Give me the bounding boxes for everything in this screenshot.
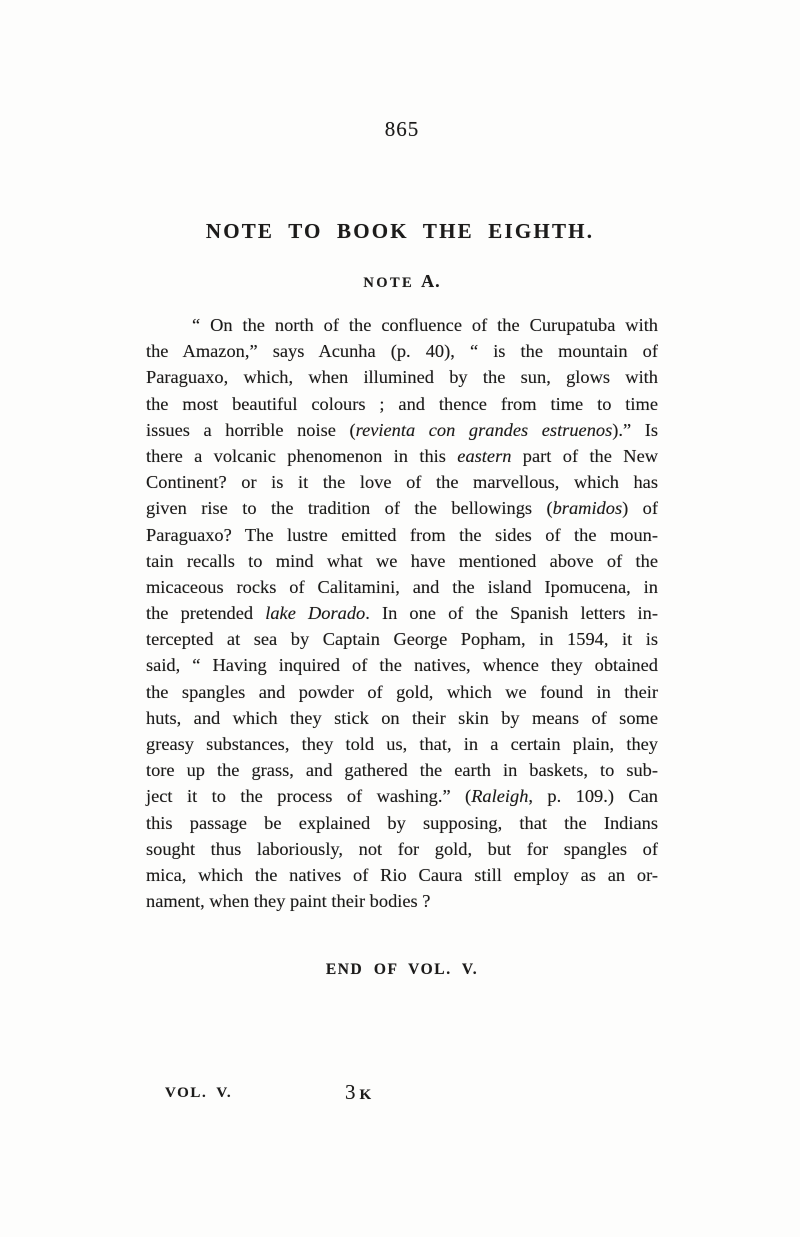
printers-signature-mark: 3K — [345, 1080, 372, 1105]
page-number: 865 — [146, 117, 658, 142]
text-segment: issues a horrible noise ( — [146, 420, 356, 440]
text-segment: ) of — [622, 498, 658, 518]
paragraph-line: ject it to the process of washing.” (Ral… — [146, 783, 658, 809]
paragraph-line: sought thus laboriously, not for gold, b… — [146, 836, 658, 862]
note-subheading-letter: A. — [421, 271, 441, 291]
text-segment: , p. 109.) Can — [528, 786, 658, 806]
paragraph-line: greasy substances, they told us, that, i… — [146, 731, 658, 757]
paragraph-line: the spangles and powder of gold, which w… — [146, 679, 658, 705]
paragraph-line: there a volcanic phenomenon in this east… — [146, 443, 658, 469]
italic-text-segment: eastern — [457, 446, 511, 466]
paragraph-line: tore up the grass, and gathered the eart… — [146, 757, 658, 783]
text-segment: Paraguaxo, which, when illumined by the … — [146, 367, 658, 387]
chapter-note-heading: NOTE TO BOOK THE EIGHTH. — [0, 219, 800, 244]
paragraph-line: micaceous rocks of Calitamini, and the i… — [146, 574, 658, 600]
paragraph-line: tain recalls to mind what we have mentio… — [146, 548, 658, 574]
note-subheading: NOTEA. — [146, 271, 658, 292]
text-segment: the spangles and powder of gold, which w… — [146, 682, 658, 702]
text-segment: tercepted at sea by Captain George Popha… — [146, 629, 658, 649]
text-segment: sought thus laboriously, not for gold, b… — [146, 839, 658, 859]
paragraph-line: said, “ Having inquired of the natives, … — [146, 652, 658, 678]
text-segment: mica, which the natives of Rio Caura sti… — [146, 865, 658, 885]
text-segment: Continent? or is it the love of the marv… — [146, 472, 658, 492]
text-segment: nament, when they paint their bodies ? — [146, 891, 430, 911]
italic-text-segment: bramidos — [553, 498, 623, 518]
paragraph-line: “ On the north of the confluence of the … — [146, 312, 658, 338]
text-segment: given rise to the tradition of the bello… — [146, 498, 553, 518]
paragraph-line: Continent? or is it the love of the marv… — [146, 469, 658, 495]
text-segment: Paraguaxo? The lustre emitted from the s… — [146, 525, 658, 545]
paragraph-line: the Amazon,” says Acunha (p. 40), “ is t… — [146, 338, 658, 364]
text-segment: . In one of the Spanish letters in- — [365, 603, 658, 623]
italic-text-segment: revienta con grandes estruenos — [356, 420, 613, 440]
paragraph-line: given rise to the tradition of the bello… — [146, 495, 658, 521]
book-page: 865 NOTE TO BOOK THE EIGHTH. NOTEA. “ On… — [0, 0, 800, 1237]
paragraph-line: nament, when they paint their bodies ? — [146, 888, 658, 914]
text-segment: micaceous rocks of Calitamini, and the i… — [146, 577, 658, 597]
text-segment: greasy substances, they told us, that, i… — [146, 734, 658, 754]
end-of-volume-line: END OF VOL. V. — [146, 961, 658, 979]
paragraph-line: tercepted at sea by Captain George Popha… — [146, 626, 658, 652]
text-segment: the pretended — [146, 603, 265, 623]
text-segment: this passage be explained by supposing, … — [146, 813, 658, 833]
paragraph-line: the most beautiful colours ; and thence … — [146, 391, 658, 417]
paragraph-line: this passage be explained by supposing, … — [146, 810, 658, 836]
text-segment: ).” Is — [612, 420, 658, 440]
text-segment: tain recalls to mind what we have mentio… — [146, 551, 658, 571]
paragraph-line: issues a horrible noise (revienta con gr… — [146, 417, 658, 443]
text-segment: the most beautiful colours ; and thence … — [146, 394, 658, 414]
signature-letter: K — [360, 1087, 373, 1103]
text-segment: “ On the north of the confluence of the … — [192, 315, 658, 335]
paragraph-line: huts, and which they stick on their skin… — [146, 705, 658, 731]
text-segment: ject it to the process of washing.” ( — [146, 786, 471, 806]
paragraph-line: Paraguaxo, which, when illumined by the … — [146, 364, 658, 390]
text-segment: huts, and which they stick on their skin… — [146, 708, 658, 728]
italic-text-segment: lake Dorado — [265, 603, 365, 623]
text-segment: said, “ Having inquired of the natives, … — [146, 655, 658, 675]
text-segment: the Amazon,” says Acunha (p. 40), “ is t… — [146, 341, 658, 361]
paragraph-line: Paraguaxo? The lustre emitted from the s… — [146, 522, 658, 548]
text-segment: there a volcanic phenomenon in this — [146, 446, 457, 466]
italic-text-segment: Raleigh — [471, 786, 528, 806]
text-segment: part of the New — [511, 446, 658, 466]
footer-volume-label: VOL. V. — [165, 1085, 232, 1102]
signature-number: 3 — [345, 1080, 356, 1104]
body-paragraph: “ On the north of the confluence of the … — [146, 312, 658, 914]
text-segment: tore up the grass, and gathered the eart… — [146, 760, 658, 780]
paragraph-line: the pretended lake Dorado. In one of the… — [146, 600, 658, 626]
note-subheading-prefix: NOTE — [363, 275, 414, 291]
paragraph-line: mica, which the natives of Rio Caura sti… — [146, 862, 658, 888]
